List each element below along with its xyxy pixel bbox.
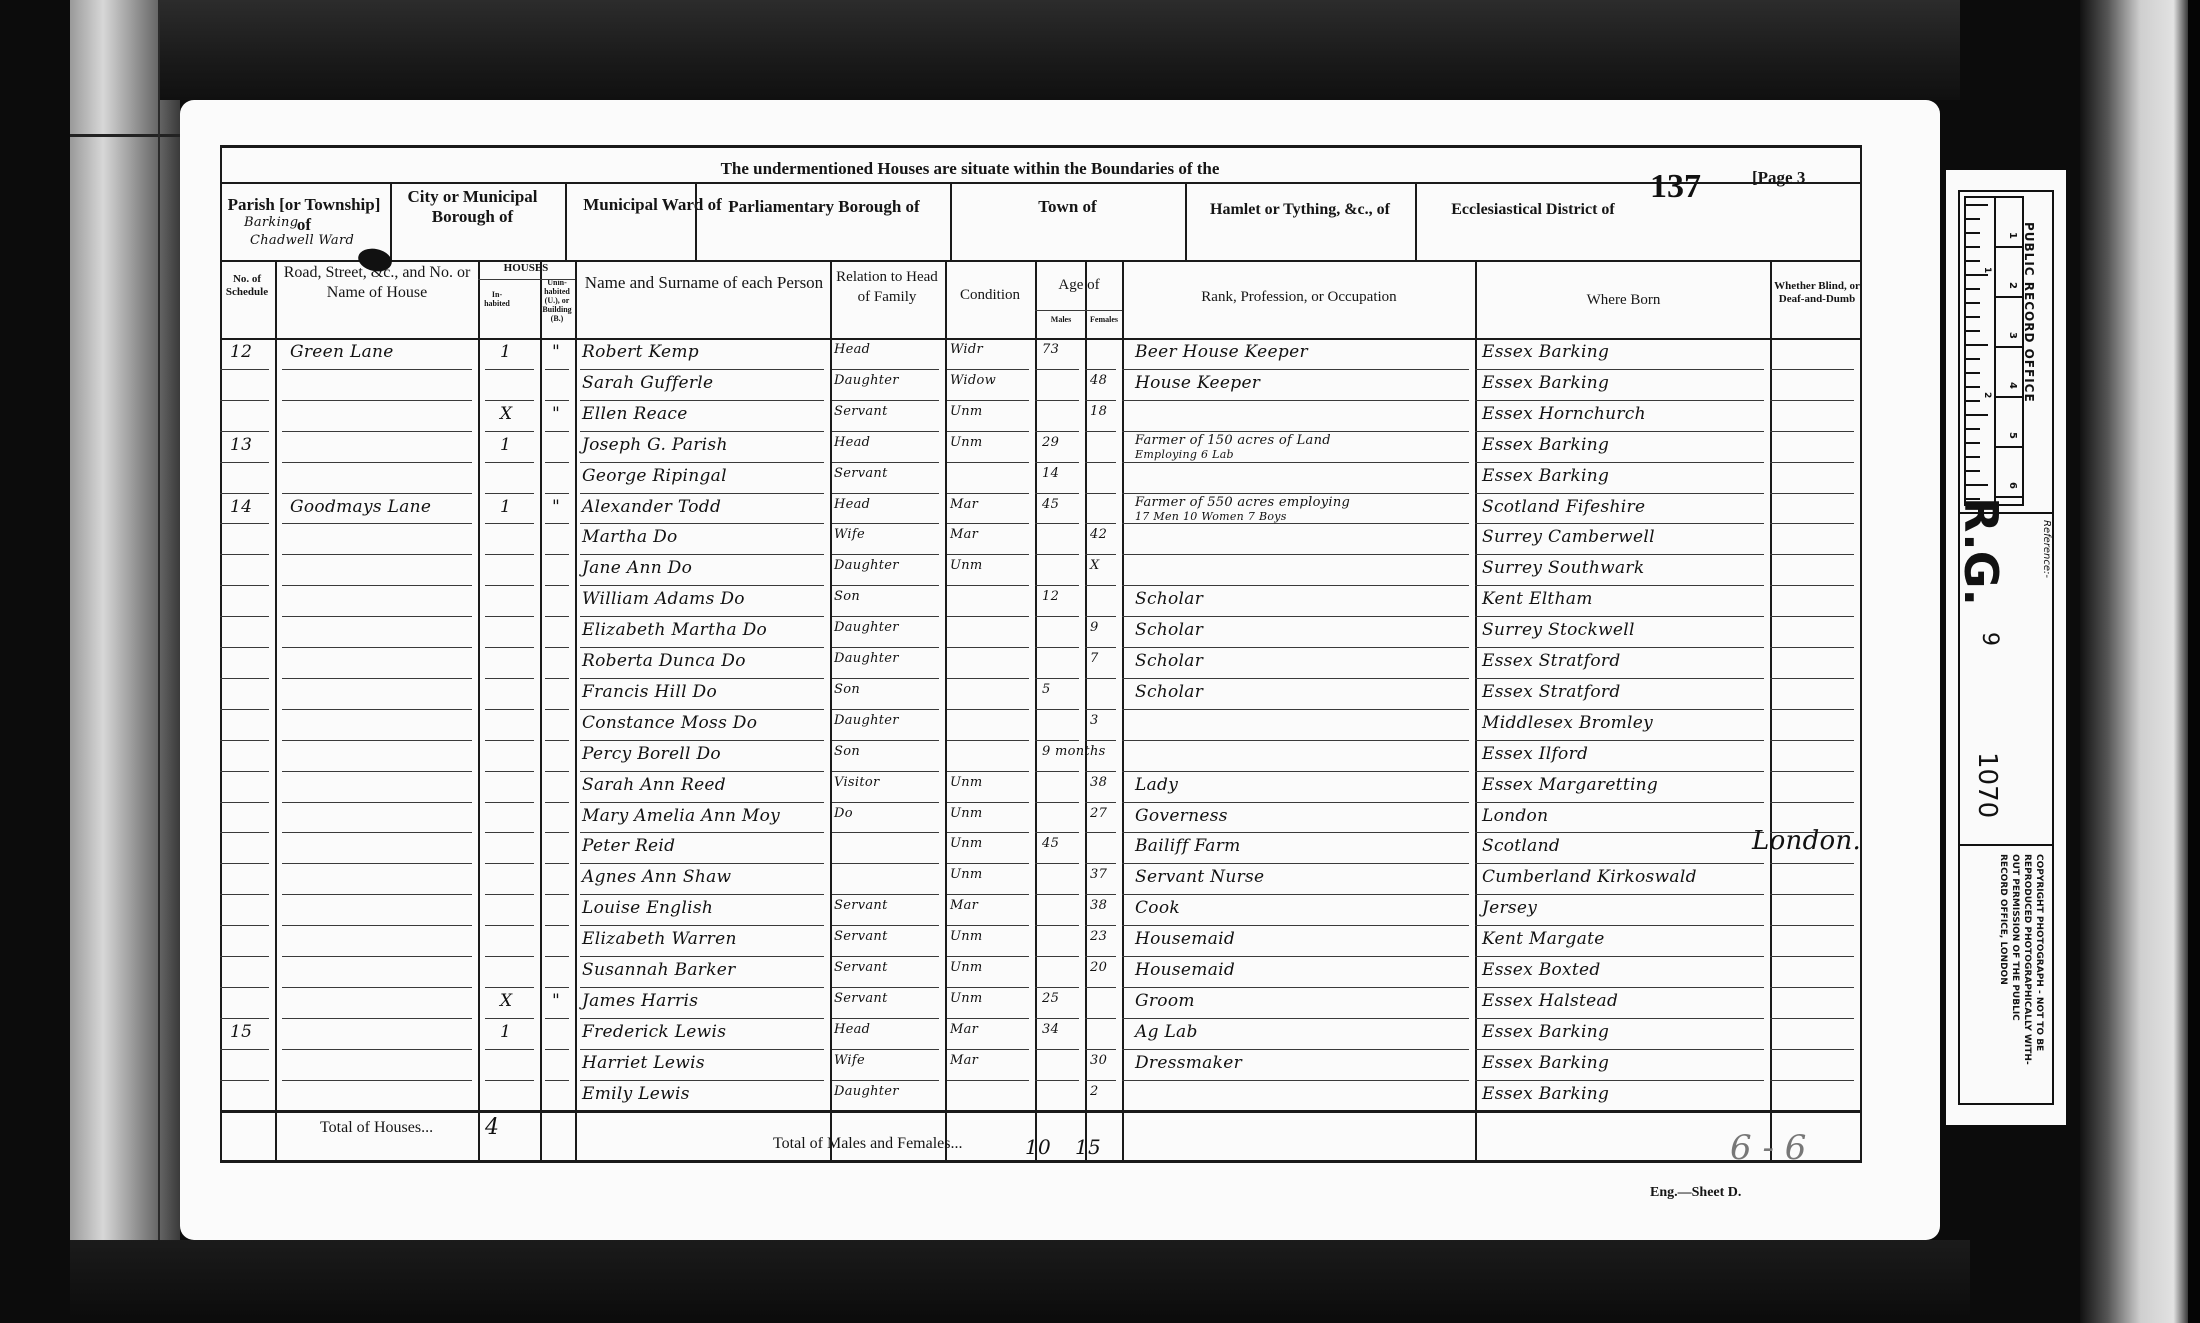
row-rule <box>1122 1018 1469 1019</box>
row-rule <box>1475 369 1764 370</box>
row-rule <box>282 462 472 463</box>
row-rule <box>220 987 269 988</box>
row-rule <box>1122 832 1469 833</box>
card-divider <box>1960 844 2052 846</box>
rule <box>220 145 1862 148</box>
condition-cell: Unm <box>950 836 983 851</box>
occupation-cell: Scholar <box>1135 589 1203 609</box>
row-rule <box>545 369 569 370</box>
col-houses: HOUSES <box>478 262 574 275</box>
row-rule <box>220 493 269 494</box>
row-rule <box>282 925 472 926</box>
male-age-cell: 9 months <box>1042 744 1106 759</box>
row-rule <box>220 1049 269 1050</box>
row-rule <box>1035 493 1079 494</box>
row-rule <box>1475 771 1764 772</box>
parish-value-ward: Chadwell Ward <box>250 233 354 248</box>
row-rule <box>1085 369 1116 370</box>
row-rule <box>1085 523 1116 524</box>
row-rule <box>282 1049 472 1050</box>
row-rule <box>1122 616 1469 617</box>
female-age-cell: 2 <box>1090 1084 1099 1099</box>
row-rule <box>947 863 1029 864</box>
name-cell: Elizabeth Martha Do <box>582 620 767 640</box>
female-age-cell: 20 <box>1090 960 1107 975</box>
column-divider <box>1122 260 1124 1160</box>
row-rule <box>1770 678 1854 679</box>
row-rule <box>1085 616 1116 617</box>
row-rule <box>485 987 534 988</box>
row-rule <box>1035 832 1079 833</box>
where-born-cell: Essex Barking <box>1482 1084 1609 1104</box>
female-age-cell: 38 <box>1090 775 1107 790</box>
row-rule <box>947 832 1029 833</box>
male-age-cell: 34 <box>1042 1022 1059 1037</box>
rule <box>220 1160 1862 1163</box>
row-rule <box>832 647 939 648</box>
relation-cell: Daughter <box>834 620 899 635</box>
copyright-line: OUT PERMISSION OF THE PUBLIC <box>2010 854 2020 1021</box>
row-rule <box>1122 925 1469 926</box>
col-inhabited: In-habited <box>482 290 512 308</box>
row-rule <box>580 832 824 833</box>
column-divider <box>575 260 577 1160</box>
row-rule <box>1770 709 1854 710</box>
rule <box>220 1110 1862 1113</box>
total-houses-value: 4 <box>485 1115 499 1140</box>
schedule-cell: 14 <box>230 497 252 517</box>
row-rule <box>1122 585 1469 586</box>
name-cell: Alexander Todd <box>582 497 721 517</box>
row-rule <box>1770 369 1854 370</box>
where-born-cell: Scotland <box>1482 836 1560 856</box>
female-age-cell: 30 <box>1090 1053 1107 1068</box>
row-rule <box>1122 709 1469 710</box>
row-rule <box>1770 925 1854 926</box>
where-born-cell: Essex Halstead <box>1482 991 1618 1011</box>
name-cell: Harriet Lewis <box>582 1053 705 1073</box>
relation-cell: Daughter <box>834 651 899 666</box>
row-rule <box>1035 462 1079 463</box>
row-rule <box>485 678 534 679</box>
row-rule <box>1035 925 1079 926</box>
male-age-cell: 5 <box>1042 682 1051 697</box>
row-rule <box>282 431 472 432</box>
row-rule <box>1475 462 1764 463</box>
row-rule <box>580 585 824 586</box>
row-rule <box>580 925 824 926</box>
condition-cell: Mar <box>950 497 978 512</box>
row-rule <box>1122 462 1469 463</box>
ruler-cm-divider <box>1994 446 2024 448</box>
row-rule <box>545 802 569 803</box>
row-rule <box>485 1018 534 1019</box>
row-rule <box>220 832 269 833</box>
ecclesiastical-label: Ecclesiastical District of <box>1418 200 1648 220</box>
ruler-cm-divider <box>1994 396 2024 398</box>
row-rule <box>545 523 569 524</box>
row-rule <box>1035 740 1079 741</box>
name-cell: Jane Ann Do <box>582 558 692 578</box>
row-rule <box>1475 523 1764 524</box>
female-age-cell: 42 <box>1090 527 1107 542</box>
row-rule <box>832 678 939 679</box>
row-rule <box>1035 987 1079 988</box>
row-rule <box>1770 802 1854 803</box>
female-age-cell: 48 <box>1090 373 1107 388</box>
ruler-tick <box>1966 246 1980 248</box>
row-rule <box>580 462 824 463</box>
condition-cell: Unm <box>950 960 983 975</box>
road-cell: Green Lane <box>290 342 394 362</box>
column-divider <box>1085 260 1087 1160</box>
where-born-cell: Essex Boxted <box>1482 960 1601 980</box>
relation-cell: Servant <box>834 466 888 481</box>
row-rule <box>282 956 472 957</box>
occupation-cell-line2: Employing 6 Lab <box>1135 448 1234 461</box>
occupation-cell: Bailiff Farm <box>1135 836 1241 856</box>
column-divider <box>945 260 947 1160</box>
row-rule <box>947 678 1029 679</box>
row-rule <box>1122 1080 1469 1081</box>
row-rule <box>1035 647 1079 648</box>
row-rule <box>485 709 534 710</box>
ruler-tick <box>1966 302 1980 304</box>
row-rule <box>1475 647 1764 648</box>
relation-cell: Son <box>834 682 860 697</box>
where-born-cell: London <box>1482 806 1548 826</box>
ruler-tick <box>1966 330 1980 332</box>
female-age-cell: 38 <box>1090 898 1107 913</box>
occupation-cell: Scholar <box>1135 682 1203 702</box>
row-rule <box>947 554 1029 555</box>
col-condition: Condition <box>947 285 1033 305</box>
where-born-cell: Kent Eltham <box>1482 589 1593 609</box>
row-rule <box>1122 523 1469 524</box>
row-rule <box>947 925 1029 926</box>
hamlet-label: Hamlet or Tything, &c., of <box>1190 200 1410 220</box>
row-rule <box>282 771 472 772</box>
row-rule <box>832 894 939 895</box>
row-rule <box>1122 894 1469 895</box>
row-rule <box>545 554 569 555</box>
occupation-cell: Farmer of 150 acres of Land <box>1135 433 1331 448</box>
row-rule <box>580 1080 824 1081</box>
row-rule <box>580 493 824 494</box>
row-rule <box>1085 740 1116 741</box>
row-rule <box>1085 647 1116 648</box>
row-rule <box>1475 709 1764 710</box>
row-rule <box>580 987 824 988</box>
name-cell: Constance Moss Do <box>582 713 757 733</box>
relation-cell: Wife <box>834 527 865 542</box>
row-rule <box>1085 802 1116 803</box>
row-rule <box>1035 400 1079 401</box>
row-rule <box>1085 894 1116 895</box>
border-right <box>1860 145 1862 1160</box>
row-rule <box>545 987 569 988</box>
rule <box>220 260 1862 262</box>
rule <box>220 182 1862 184</box>
relation-cell: Head <box>834 497 870 512</box>
row-rule <box>485 832 534 833</box>
inhabited-cell: X <box>500 404 512 424</box>
row-rule <box>1035 554 1079 555</box>
row-rule <box>220 925 269 926</box>
row-rule <box>545 462 569 463</box>
copyright-line: RECORD OFFICE, LONDON <box>1998 854 2008 985</box>
where-born-cell: Essex Ilford <box>1482 744 1588 764</box>
name-cell: Elizabeth Warren <box>582 929 737 949</box>
female-age-cell: 27 <box>1090 806 1107 821</box>
condition-cell: Unm <box>950 404 983 419</box>
where-born-cell: Middlesex Bromley <box>1482 713 1653 733</box>
houses-subrule <box>478 279 575 280</box>
occupation-cell: Governess <box>1135 806 1228 826</box>
relation-cell: Servant <box>834 929 888 944</box>
where-born-cell: Kent Margate <box>1482 929 1605 949</box>
row-rule <box>282 616 472 617</box>
row-rule <box>1035 1049 1079 1050</box>
inhabited-cell: X <box>500 991 512 1011</box>
row-rule <box>1475 554 1764 555</box>
occupation-cell: Beer House Keeper <box>1135 342 1308 362</box>
margin-annotation: 6 - 6 <box>1730 1128 1806 1168</box>
relation-cell: Daughter <box>834 1084 899 1099</box>
row-rule <box>220 678 269 679</box>
row-rule <box>1475 585 1764 586</box>
row-rule <box>1122 647 1469 648</box>
ruler-cm-divider <box>1994 296 2024 298</box>
occupation-cell: Ag Lab <box>1135 1022 1198 1042</box>
copyright-line: REPRODUCED PHOTOGRAPHICALLY WITH- <box>2022 854 2032 1065</box>
row-rule <box>580 709 824 710</box>
occupation-cell: Scholar <box>1135 651 1203 671</box>
scan-background-right <box>2080 0 2190 1323</box>
occupation-cell: Housemaid <box>1135 929 1235 949</box>
inhabited-cell: 1 <box>500 497 511 517</box>
row-rule <box>545 925 569 926</box>
ruler-tick <box>1966 400 1980 402</box>
copyright-line: COPYRIGHT PHOTOGRAPH - NOT TO BE <box>2034 854 2044 1051</box>
name-cell: William Adams Do <box>582 589 745 609</box>
row-rule <box>1085 925 1116 926</box>
row-rule <box>1035 709 1079 710</box>
scan-seam <box>70 134 180 137</box>
male-age-cell: 25 <box>1042 991 1059 1006</box>
row-rule <box>545 832 569 833</box>
ruler-inch-label: 2 <box>1982 392 1992 398</box>
ruler-cm-label: 5 <box>2007 432 2018 439</box>
row-rule <box>1770 740 1854 741</box>
ruler-tick <box>1966 442 1980 444</box>
row-rule <box>545 585 569 586</box>
row-rule <box>485 369 534 370</box>
row-rule <box>1122 1049 1469 1050</box>
row-rule <box>1122 400 1469 401</box>
row-rule <box>832 1049 939 1050</box>
where-born-cell: Cumberland Kirkoswald <box>1482 867 1697 887</box>
row-rule <box>220 1080 269 1081</box>
ruler-cm-label: 1 <box>2007 232 2018 239</box>
row-rule <box>485 647 534 648</box>
condition-cell: Unm <box>950 929 983 944</box>
row-rule <box>220 740 269 741</box>
name-cell: Percy Borell Do <box>582 744 721 764</box>
name-cell: Peter Reid <box>582 836 675 856</box>
female-age-cell: 7 <box>1090 651 1099 666</box>
row-rule <box>1475 802 1764 803</box>
total-females-value: 15 <box>1075 1135 1101 1159</box>
condition-cell: Mar <box>950 898 978 913</box>
row-rule <box>545 740 569 741</box>
margin-note-london: London. <box>1752 826 1861 856</box>
name-cell: Susannah Barker <box>582 960 736 980</box>
col-males: Males <box>1037 315 1085 324</box>
row-rule <box>282 585 472 586</box>
row-rule <box>485 1049 534 1050</box>
row-rule <box>1770 493 1854 494</box>
row-rule <box>832 616 939 617</box>
row-rule <box>545 431 569 432</box>
male-age-cell: 29 <box>1042 435 1059 450</box>
name-cell: Roberta Dunca Do <box>582 651 746 671</box>
where-born-cell: Essex Barking <box>1482 1053 1609 1073</box>
name-cell: Louise English <box>582 898 713 918</box>
row-rule <box>1085 863 1116 864</box>
border-left <box>220 145 222 1160</box>
total-persons-label: Total of Males and Females... <box>773 1135 963 1153</box>
row-rule <box>282 894 472 895</box>
row-rule <box>1475 1018 1764 1019</box>
where-born-cell: Surrey Stockwell <box>1482 620 1635 640</box>
row-rule <box>1085 554 1116 555</box>
relation-cell: Head <box>834 342 870 357</box>
row-rule <box>485 585 534 586</box>
row-rule <box>947 1080 1029 1081</box>
row-rule <box>1035 369 1079 370</box>
where-born-cell: Essex Barking <box>1482 435 1609 455</box>
row-rule <box>832 431 939 432</box>
row-rule <box>282 987 472 988</box>
row-rule <box>282 647 472 648</box>
row-rule <box>1770 523 1854 524</box>
row-rule <box>1085 678 1116 679</box>
row-rule <box>832 369 939 370</box>
row-rule <box>1035 863 1079 864</box>
row-rule <box>282 369 472 370</box>
row-rule <box>1085 1080 1116 1081</box>
row-rule <box>832 1018 939 1019</box>
row-rule <box>580 369 824 370</box>
row-rule <box>1122 771 1469 772</box>
ruler-cm-label: 2 <box>2007 282 2018 289</box>
relation-cell: Wife <box>834 1053 865 1068</box>
row-rule <box>580 894 824 895</box>
occupation-cell: Groom <box>1135 991 1195 1011</box>
row-rule <box>580 554 824 555</box>
row-rule <box>1035 1080 1079 1081</box>
row-rule <box>947 616 1029 617</box>
row-rule <box>1770 987 1854 988</box>
relation-cell: Daughter <box>834 558 899 573</box>
row-rule <box>1770 1080 1854 1081</box>
age-subrule <box>1035 310 1122 311</box>
row-rule <box>947 369 1029 370</box>
row-rule <box>282 802 472 803</box>
row-rule <box>545 647 569 648</box>
row-rule <box>485 894 534 895</box>
condition-cell: Widr <box>950 342 983 357</box>
row-rule <box>580 678 824 679</box>
row-rule <box>832 832 939 833</box>
piece-number: 1070 <box>1972 752 2002 818</box>
ruler-tick <box>1966 358 1980 360</box>
condition-cell: Widow <box>950 373 996 388</box>
row-rule <box>485 1080 534 1081</box>
relation-cell: Daughter <box>834 373 899 388</box>
row-rule <box>1085 956 1116 957</box>
scan-background-edge <box>2188 0 2200 1323</box>
row-rule <box>580 431 824 432</box>
row-rule <box>1085 462 1116 463</box>
row-rule <box>580 400 824 401</box>
card-frame: 12345612 PUBLIC RECORD OFFICE Reference:… <box>1958 190 2054 1105</box>
uninhabited-cell: " <box>552 497 560 517</box>
where-born-cell: Jersey <box>1482 898 1537 918</box>
row-rule <box>485 863 534 864</box>
row-rule <box>220 709 269 710</box>
uninhabited-cell: " <box>552 404 560 424</box>
jurisdiction-divider <box>950 182 952 260</box>
rule <box>220 338 1862 340</box>
row-rule <box>947 740 1029 741</box>
ruler-cm-divider <box>1994 346 2024 348</box>
occupation-cell-line2: 17 Men 10 Women 7 Boys <box>1135 510 1287 523</box>
row-rule <box>1035 956 1079 957</box>
census-form: The undermentioned Houses are situate wi… <box>220 145 1862 1160</box>
row-rule <box>1085 1018 1116 1019</box>
row-rule <box>545 1018 569 1019</box>
female-age-cell: 23 <box>1090 929 1107 944</box>
jurisdiction-divider <box>1185 182 1187 260</box>
row-rule <box>947 1018 1029 1019</box>
row-rule <box>1085 585 1116 586</box>
row-rule <box>947 771 1029 772</box>
row-rule <box>947 987 1029 988</box>
column-divider <box>478 260 480 1160</box>
town-label: Town of <box>955 197 1180 217</box>
row-rule <box>947 462 1029 463</box>
name-cell: Francis Hill Do <box>582 682 717 702</box>
row-rule <box>1475 740 1764 741</box>
col-uninhabited: Unin-habited (U.), or Building (B.) <box>540 278 574 323</box>
page-label: [Page 3 <box>1752 168 1805 188</box>
row-rule <box>545 616 569 617</box>
row-rule <box>1770 431 1854 432</box>
class-number: 9 <box>1977 632 2002 646</box>
ruler-tick <box>1966 372 1980 374</box>
ruler-tick <box>1966 316 1980 318</box>
column-divider <box>1035 260 1037 1160</box>
row-rule <box>220 523 269 524</box>
ruler-cm-divider <box>1994 246 2024 248</box>
row-rule <box>1035 771 1079 772</box>
name-cell: James Harris <box>582 991 698 1011</box>
row-rule <box>1475 925 1764 926</box>
name-cell: Sarah Ann Reed <box>582 775 726 795</box>
ruler-tick <box>1966 344 1988 346</box>
